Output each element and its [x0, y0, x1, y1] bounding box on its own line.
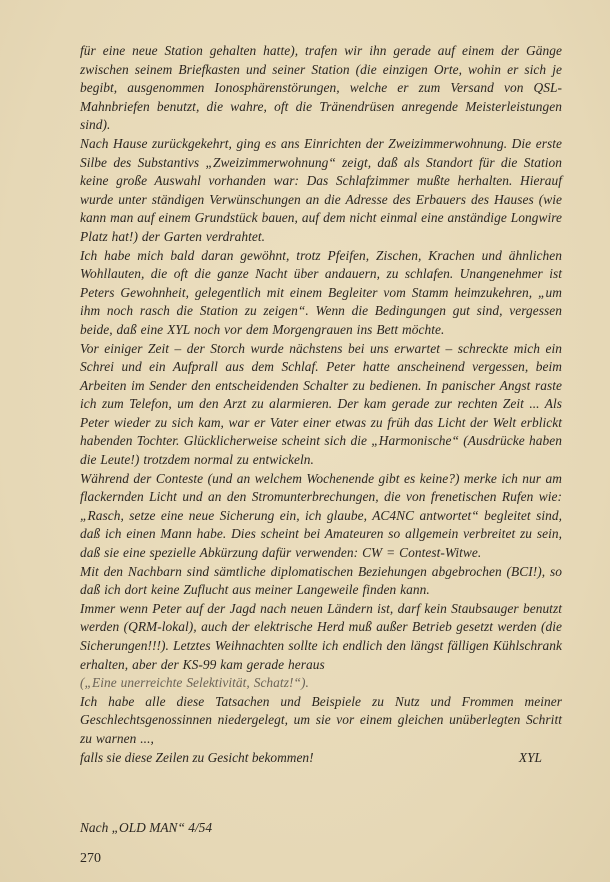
- source-citation: Nach „OLD MAN“ 4/54: [80, 820, 212, 836]
- paragraph-warnung: Ich habe alle diese Tatsachen und Beispi…: [80, 693, 562, 749]
- paragraph-conteste: Während der Conteste (und an welchem Woc…: [80, 470, 562, 563]
- page-number: 270: [80, 851, 101, 867]
- paragraph-zweizimmerwohnung: Nach Hause zurückgekehrt, ging es ans Ei…: [80, 135, 562, 247]
- paragraph-schlafen: Ich habe mich bald daran gewöhnt, trotz …: [80, 247, 562, 340]
- paragraph-faint-quote: („Eine unerreichte Selektivität, Schatz!…: [80, 674, 562, 693]
- page-body: für eine neue Station gehalten hatte), t…: [80, 42, 562, 767]
- closing-line: falls sie diese Zeilen zu Gesicht bekomm…: [80, 749, 314, 768]
- faint-quote-text: („Eine unerreichte Selektivität, Schatz!…: [80, 675, 309, 690]
- paragraph-nachbarn: Mit den Nachbarn sind sämtliche diplomat…: [80, 563, 562, 600]
- signature: XYL: [519, 749, 562, 768]
- paragraph-continuation: für eine neue Station gehalten hatte), t…: [80, 42, 562, 135]
- paragraph-laender: Immer wenn Peter auf der Jagd nach neuen…: [80, 600, 562, 674]
- paragraph-storch: Vor einiger Zeit – der Storch wurde näch…: [80, 340, 562, 470]
- closing-row: falls sie diese Zeilen zu Gesicht bekomm…: [80, 749, 562, 768]
